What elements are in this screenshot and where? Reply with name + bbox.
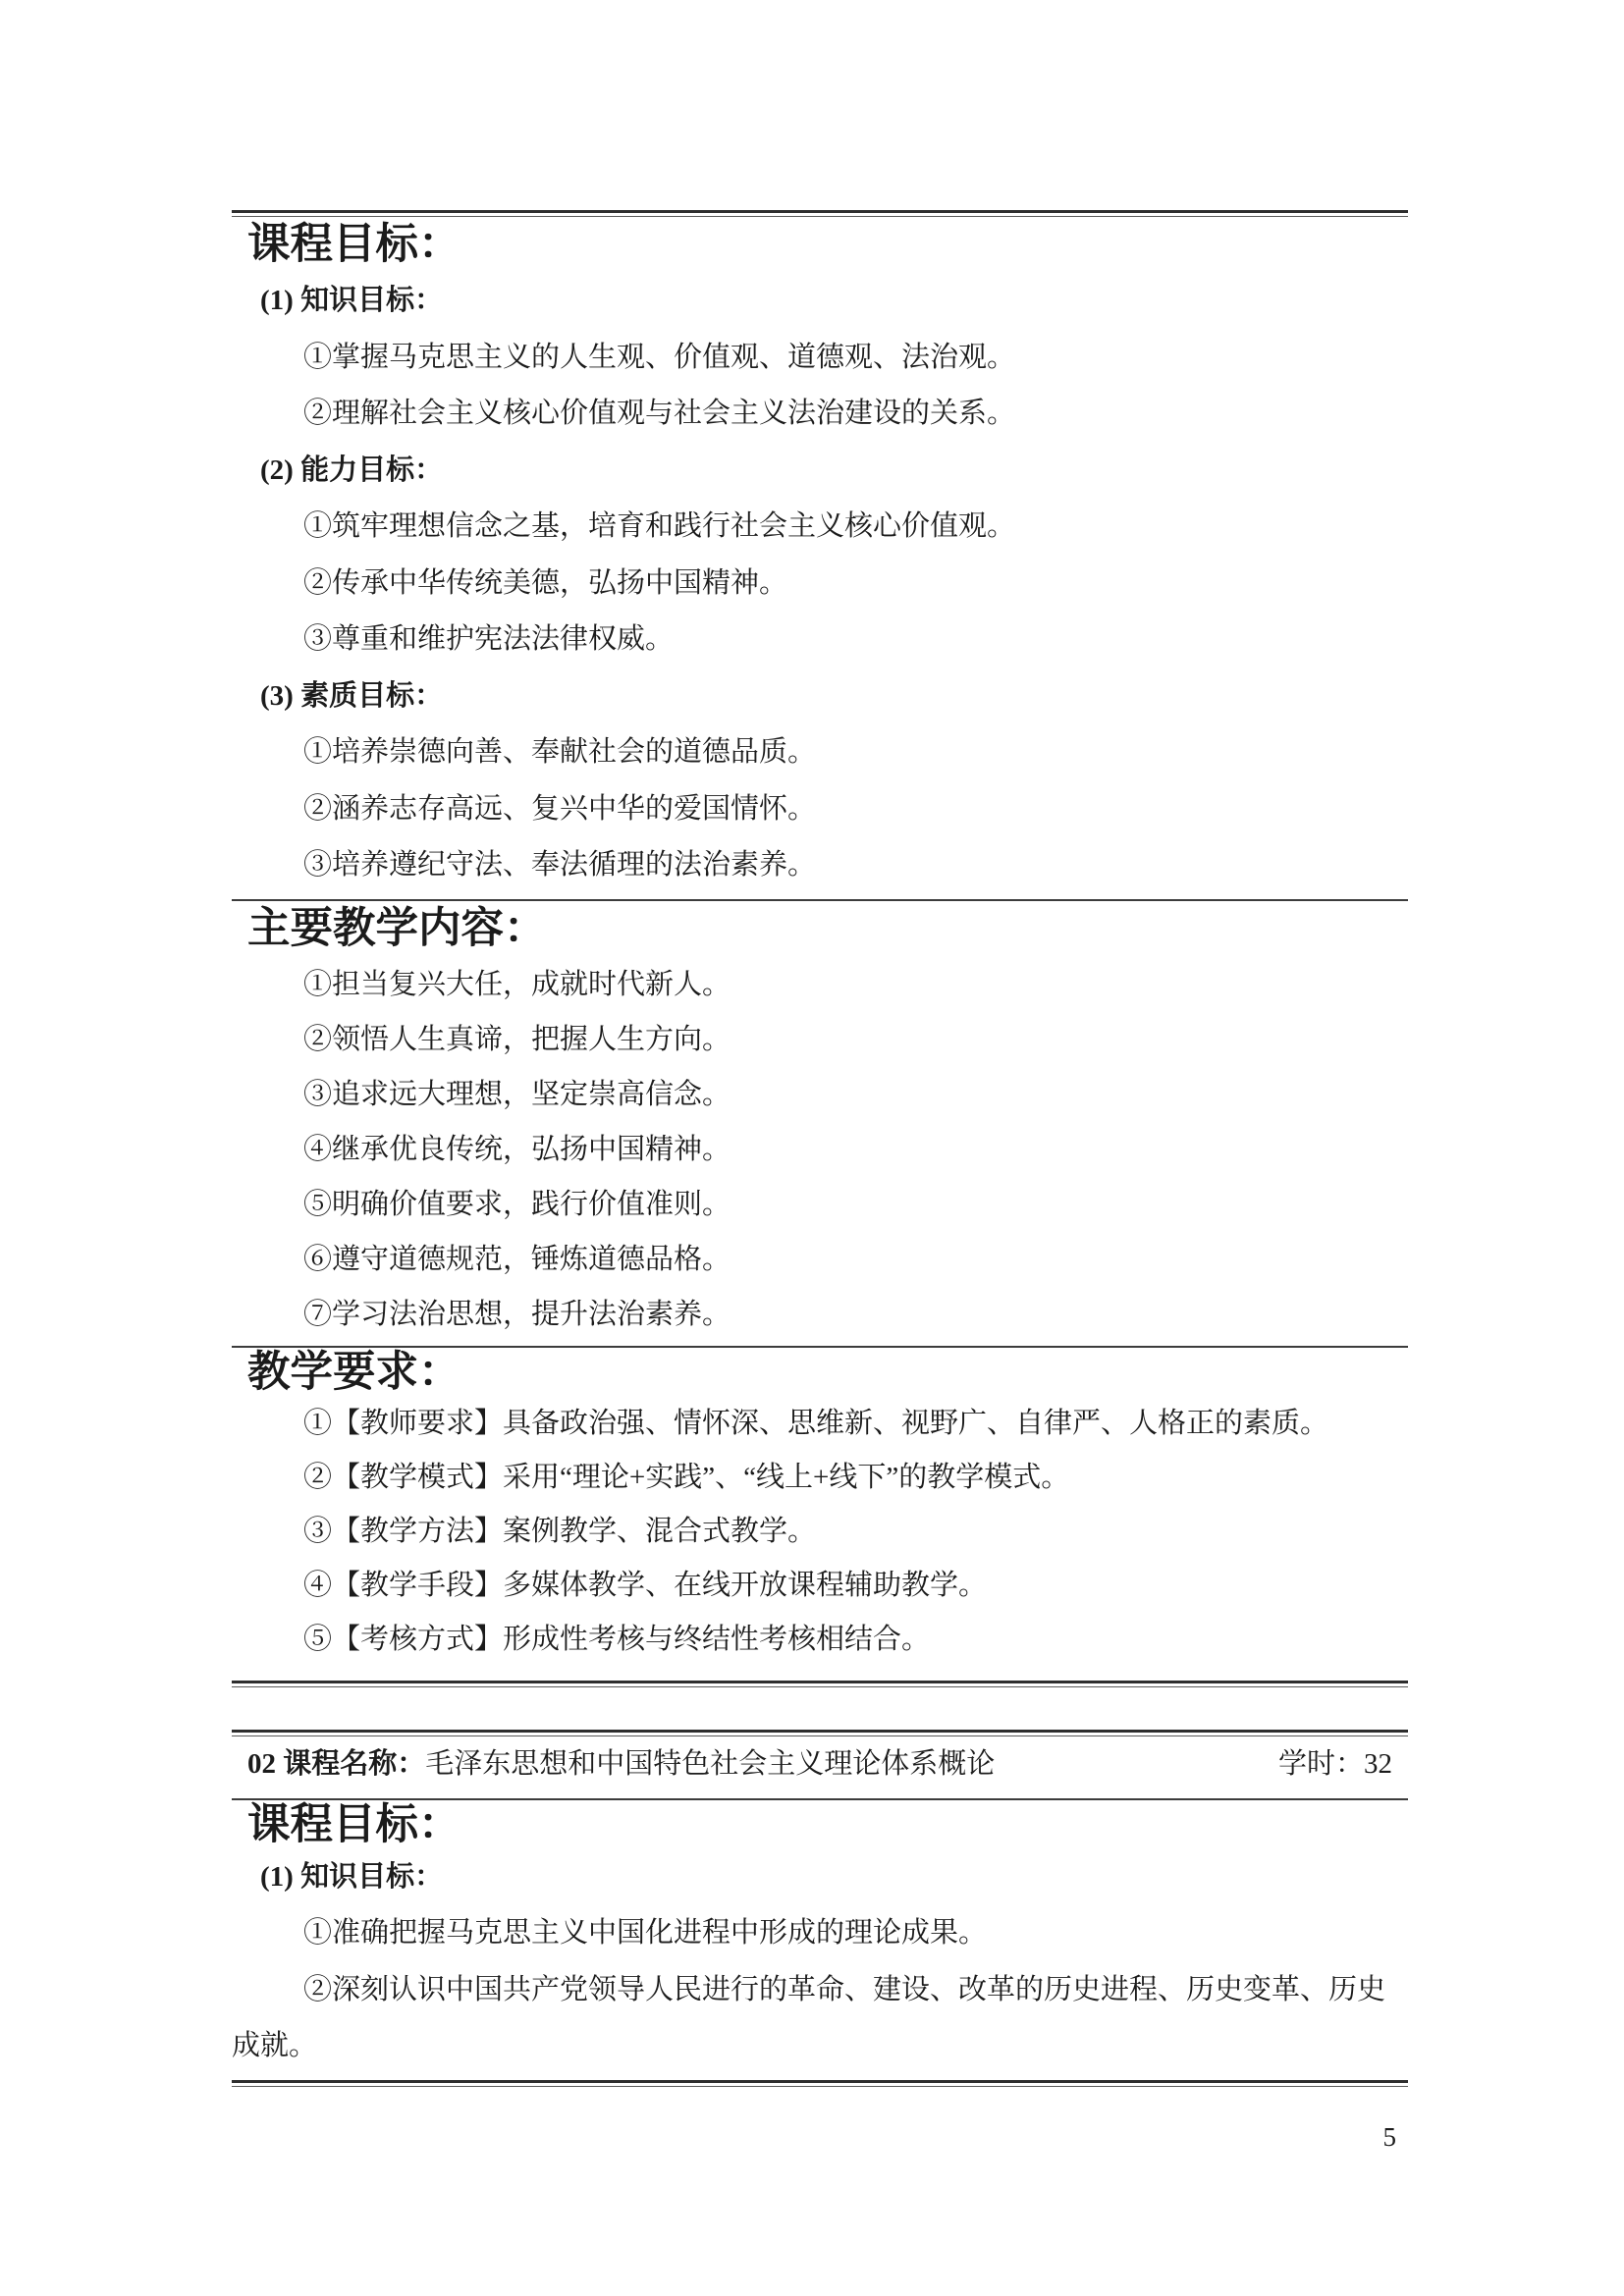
- requirement-item: ①【教师要求】具备政治强、情怀深、思维新、视野广、自律严、人格正的素质。: [232, 1397, 1408, 1451]
- content-item: ③追求远大理想，坚定崇高信念。: [232, 1067, 1408, 1122]
- requirement-item: ④【教学手段】多媒体教学、在线开放课程辅助教学。: [232, 1559, 1408, 1613]
- section-title: 课程目标：: [247, 217, 1408, 273]
- objective-item: ②涵养志存高远、复兴中华的爱国情怀。: [232, 781, 1408, 838]
- objective-subheading: (1) 知识目标：: [260, 273, 1408, 330]
- objective-item: ③培养遵纪守法、奉法循理的法治素养。: [232, 837, 1408, 894]
- course-hours: 学时：32: [1278, 1736, 1392, 1792]
- objective-item: ③尊重和维护宪法法律权威。: [232, 612, 1408, 668]
- section-course-objectives: 课程目标： (1) 知识目标： ①掌握马克思主义的人生观、价值观、道德观、法治观…: [232, 217, 1408, 894]
- section-course2-objectives: 课程目标： (1) 知识目标： ①准确把握马克思主义中国化进程中形成的理论成果。…: [232, 1800, 1408, 2074]
- divider-double: [232, 1730, 1408, 1736]
- divider-double: [232, 1681, 1408, 1687]
- section-title: 课程目标：: [247, 1800, 1408, 1849]
- section-teaching-requirements: 教学要求： ①【教师要求】具备政治强、情怀深、思维新、视野广、自律严、人格正的素…: [232, 1348, 1408, 1667]
- objective-item: ②理解社会主义核心价值观与社会主义法治建设的关系。: [232, 386, 1408, 443]
- objective-subheading: (1) 知识目标：: [260, 1849, 1408, 1906]
- course-hours-label: 学时：: [1278, 1748, 1364, 1780]
- objective-item: ①培养崇德向善、奉献社会的道德品质。: [232, 724, 1408, 781]
- requirement-item: ②【教学模式】采用“理论+实践”、“线上+线下”的教学模式。: [232, 1451, 1408, 1505]
- requirement-item: ⑤【考核方式】形成性考核与终结性考核相结合。: [232, 1613, 1408, 1667]
- course-hours-value: 32: [1364, 1748, 1392, 1780]
- objective-item: ②传承中华传统美德，弘扬中国精神。: [232, 556, 1408, 613]
- objective-subheading: (3) 素质目标：: [260, 668, 1408, 725]
- content-item: ⑥遵守道德规范，锤炼道德品格。: [232, 1232, 1408, 1287]
- document-content: 课程目标： (1) 知识目标： ①掌握马克思主义的人生观、价值观、道德观、法治观…: [232, 0, 1408, 2087]
- content-item: ⑤明确价值要求，践行价值准则。: [232, 1177, 1408, 1232]
- section-teaching-content: 主要教学内容： ①担当复兴大任，成就时代新人。 ②领悟人生真谛，把握人生方向。 …: [232, 901, 1408, 1342]
- section-title: 教学要求：: [247, 1348, 1408, 1397]
- objective-item: ②深刻认识中国共产党领导人民进行的革命、建设、改革的历史进程、历史变革、历史成就…: [232, 1962, 1408, 2074]
- objective-item: ①筑牢理想信念之基，培育和践行社会主义核心价值观。: [232, 499, 1408, 556]
- section-title: 主要教学内容：: [247, 901, 1408, 957]
- content-item: ②领悟人生真谛，把握人生方向。: [232, 1012, 1408, 1067]
- document-page: 课程目标： (1) 知识目标： ①掌握马克思主义的人生观、价值观、道德观、法治观…: [0, 0, 1624, 2296]
- objective-item: ①掌握马克思主义的人生观、价值观、道德观、法治观。: [232, 330, 1408, 387]
- divider-top-double: [232, 210, 1408, 217]
- objective-item: ①准确把握马克思主义中国化进程中形成的理论成果。: [232, 1905, 1408, 1962]
- content-item: ⑦学习法治思想，提升法治素养。: [232, 1287, 1408, 1342]
- requirement-item: ③【教学方法】案例教学、混合式教学。: [232, 1505, 1408, 1559]
- course-name: 毛泽东思想和中国特色社会主义理论体系概论: [425, 1748, 995, 1780]
- objective-subheading: (2) 能力目标：: [260, 443, 1408, 500]
- divider-bottom-double: [232, 2080, 1408, 2087]
- content-item: ④继承优良传统，弘扬中国精神。: [232, 1122, 1408, 1177]
- course-number-label: 02 课程名称：: [247, 1748, 425, 1780]
- content-item: ①担当复兴大任，成就时代新人。: [232, 957, 1408, 1012]
- page-number: 5: [1383, 2122, 1397, 2153]
- course-header-row: 02 课程名称：毛泽东思想和中国特色社会主义理论体系概论 学时：32: [247, 1736, 1408, 1792]
